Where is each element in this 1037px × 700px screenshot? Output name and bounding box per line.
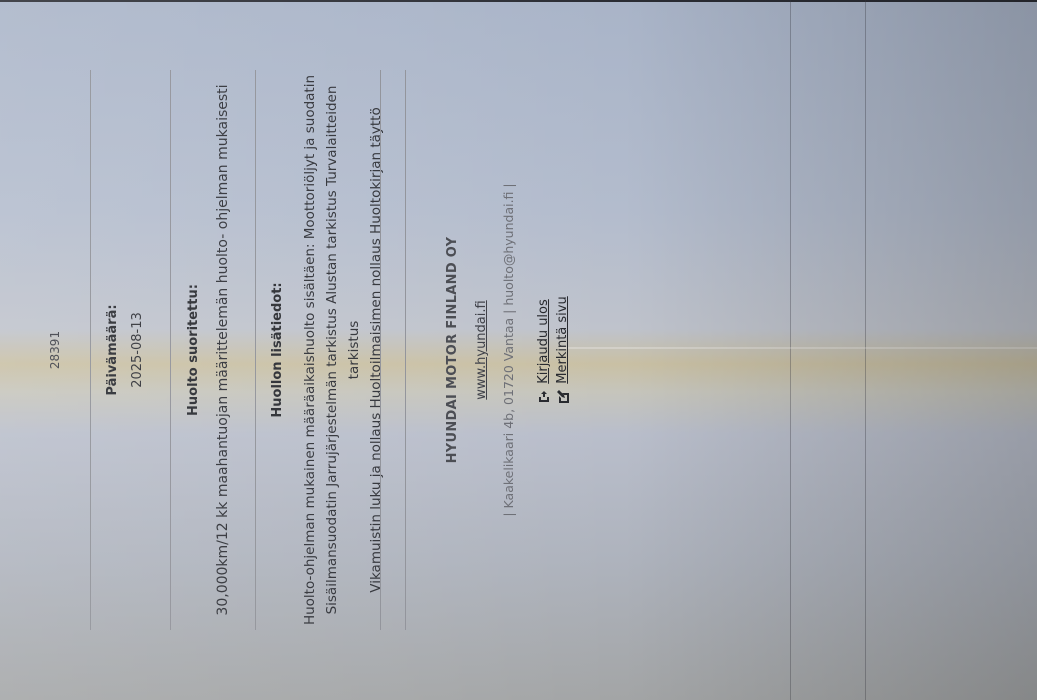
paper-crease	[790, 0, 791, 700]
service-done-label: Huolto suoritettu:	[186, 70, 201, 630]
footer: HYUNDAI MOTOR FINLAND OY www.hyundai.fi …	[445, 70, 574, 630]
service-info-line: Huolto-ohjelman mukainen määräaikaishuol…	[299, 70, 321, 630]
logout-label: Kirjaudu ulos	[536, 299, 551, 384]
note-page-label: Merkintä sivu	[555, 296, 570, 383]
service-info-section: Huollon lisätiedot: Huolto-ohjelman muka…	[270, 70, 387, 630]
service-done-section: Huolto suoritettu: 30,000km/12 kk maahan…	[186, 70, 231, 630]
service-info-line: Vikamuistin luku ja nollaus Huoltoilmais…	[365, 70, 387, 630]
service-done-value: 30,000km/12 kk maahantuojan määrittelemä…	[215, 70, 231, 630]
company-name: HYUNDAI MOTOR FINLAND OY	[445, 70, 460, 630]
paper-fold	[560, 347, 1037, 349]
edit-note-icon	[556, 390, 570, 404]
note-page-link[interactable]: Merkintä sivu	[555, 296, 570, 403]
service-info-line: Sisäilmansuodatin Jarrujärjestelmän tark…	[321, 70, 365, 630]
date-label: Päivämäärä:	[105, 70, 120, 630]
website-link[interactable]: www.hyundai.fi	[474, 70, 489, 630]
date-section: Päivämäärä: 2025-08-13	[105, 70, 145, 630]
footer-actions: Kirjaudu ulos Merkintä sivu	[532, 296, 574, 403]
logout-link[interactable]: Kirjaudu ulos	[536, 296, 551, 403]
contact-address: | Kaakelikaari 4b, 01720 Vantaa | huolto…	[501, 70, 516, 630]
logout-icon	[537, 390, 551, 404]
record-id: 28391	[48, 70, 62, 630]
divider	[405, 70, 406, 630]
divider	[170, 70, 171, 630]
service-record-page: 28391 Päivämäärä: 2025-08-13 Huolto suor…	[0, 0, 620, 700]
service-info-label: Huollon lisätiedot:	[270, 70, 285, 630]
date-value: 2025-08-13	[130, 70, 145, 630]
divider	[380, 70, 381, 630]
divider	[90, 70, 91, 630]
divider	[255, 70, 256, 630]
paper-crease	[865, 0, 866, 700]
service-info-text: Huolto-ohjelman mukainen määräaikaishuol…	[299, 70, 387, 630]
